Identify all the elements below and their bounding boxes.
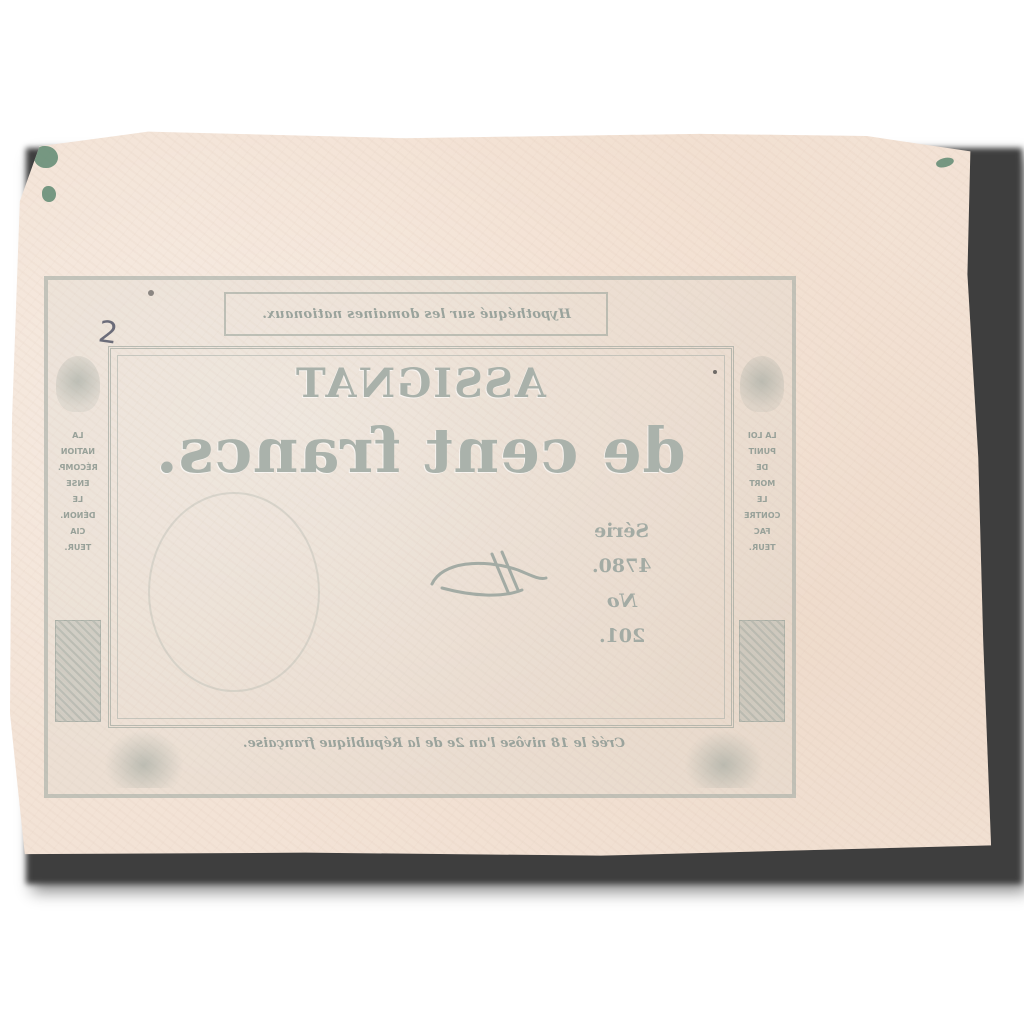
title-line-2: de cent francs. (44, 414, 796, 487)
title-denomination: de cent francs. (155, 414, 686, 487)
banknote-paper: 2 Hypothéqué sur les domaines nationaux.… (10, 128, 995, 860)
ink-speck (148, 290, 154, 296)
side-panel-word: TEUR. (58, 540, 98, 556)
side-panel-word: CIA (58, 524, 98, 540)
header-band: Hypothéqué sur les domaines nationaux. (224, 292, 608, 336)
side-panel-word: LE (58, 492, 98, 508)
title-assignat: ASSIGNAT (294, 360, 546, 407)
side-panel-word: DÉNON. (58, 508, 98, 524)
header-band-text: Hypothéqué sur les domaines nationaux. (262, 307, 571, 322)
embossed-seal (148, 492, 320, 692)
ink-speck (713, 370, 717, 374)
number-value: 201. (599, 619, 645, 654)
serie-block: Série 4780. No 201. (592, 514, 652, 654)
side-panel-word: LE (744, 492, 780, 508)
side-panel-word: FAC (744, 524, 780, 540)
side-panel-word: TEUR. (744, 540, 780, 556)
title-line-1: ASSIGNAT (44, 360, 796, 407)
printed-plate: Hypothéqué sur les domaines nationaux. L… (44, 276, 796, 798)
creation-date-text: Créé le 18 nivôse l'an 2e de la Républiq… (243, 736, 625, 751)
green-stain-left (42, 186, 56, 202)
creation-date-line: Créé le 18 nivôse l'an 2e de la Républiq… (154, 736, 714, 751)
serie-label: Série (594, 514, 649, 549)
side-panel-word: CONTRE (744, 508, 780, 524)
signature-mark (422, 544, 552, 608)
left-fasces-ornament (55, 620, 101, 722)
right-fasces-ornament (739, 620, 785, 722)
serie-number: 4780. (592, 549, 652, 584)
number-label: No (607, 584, 637, 619)
